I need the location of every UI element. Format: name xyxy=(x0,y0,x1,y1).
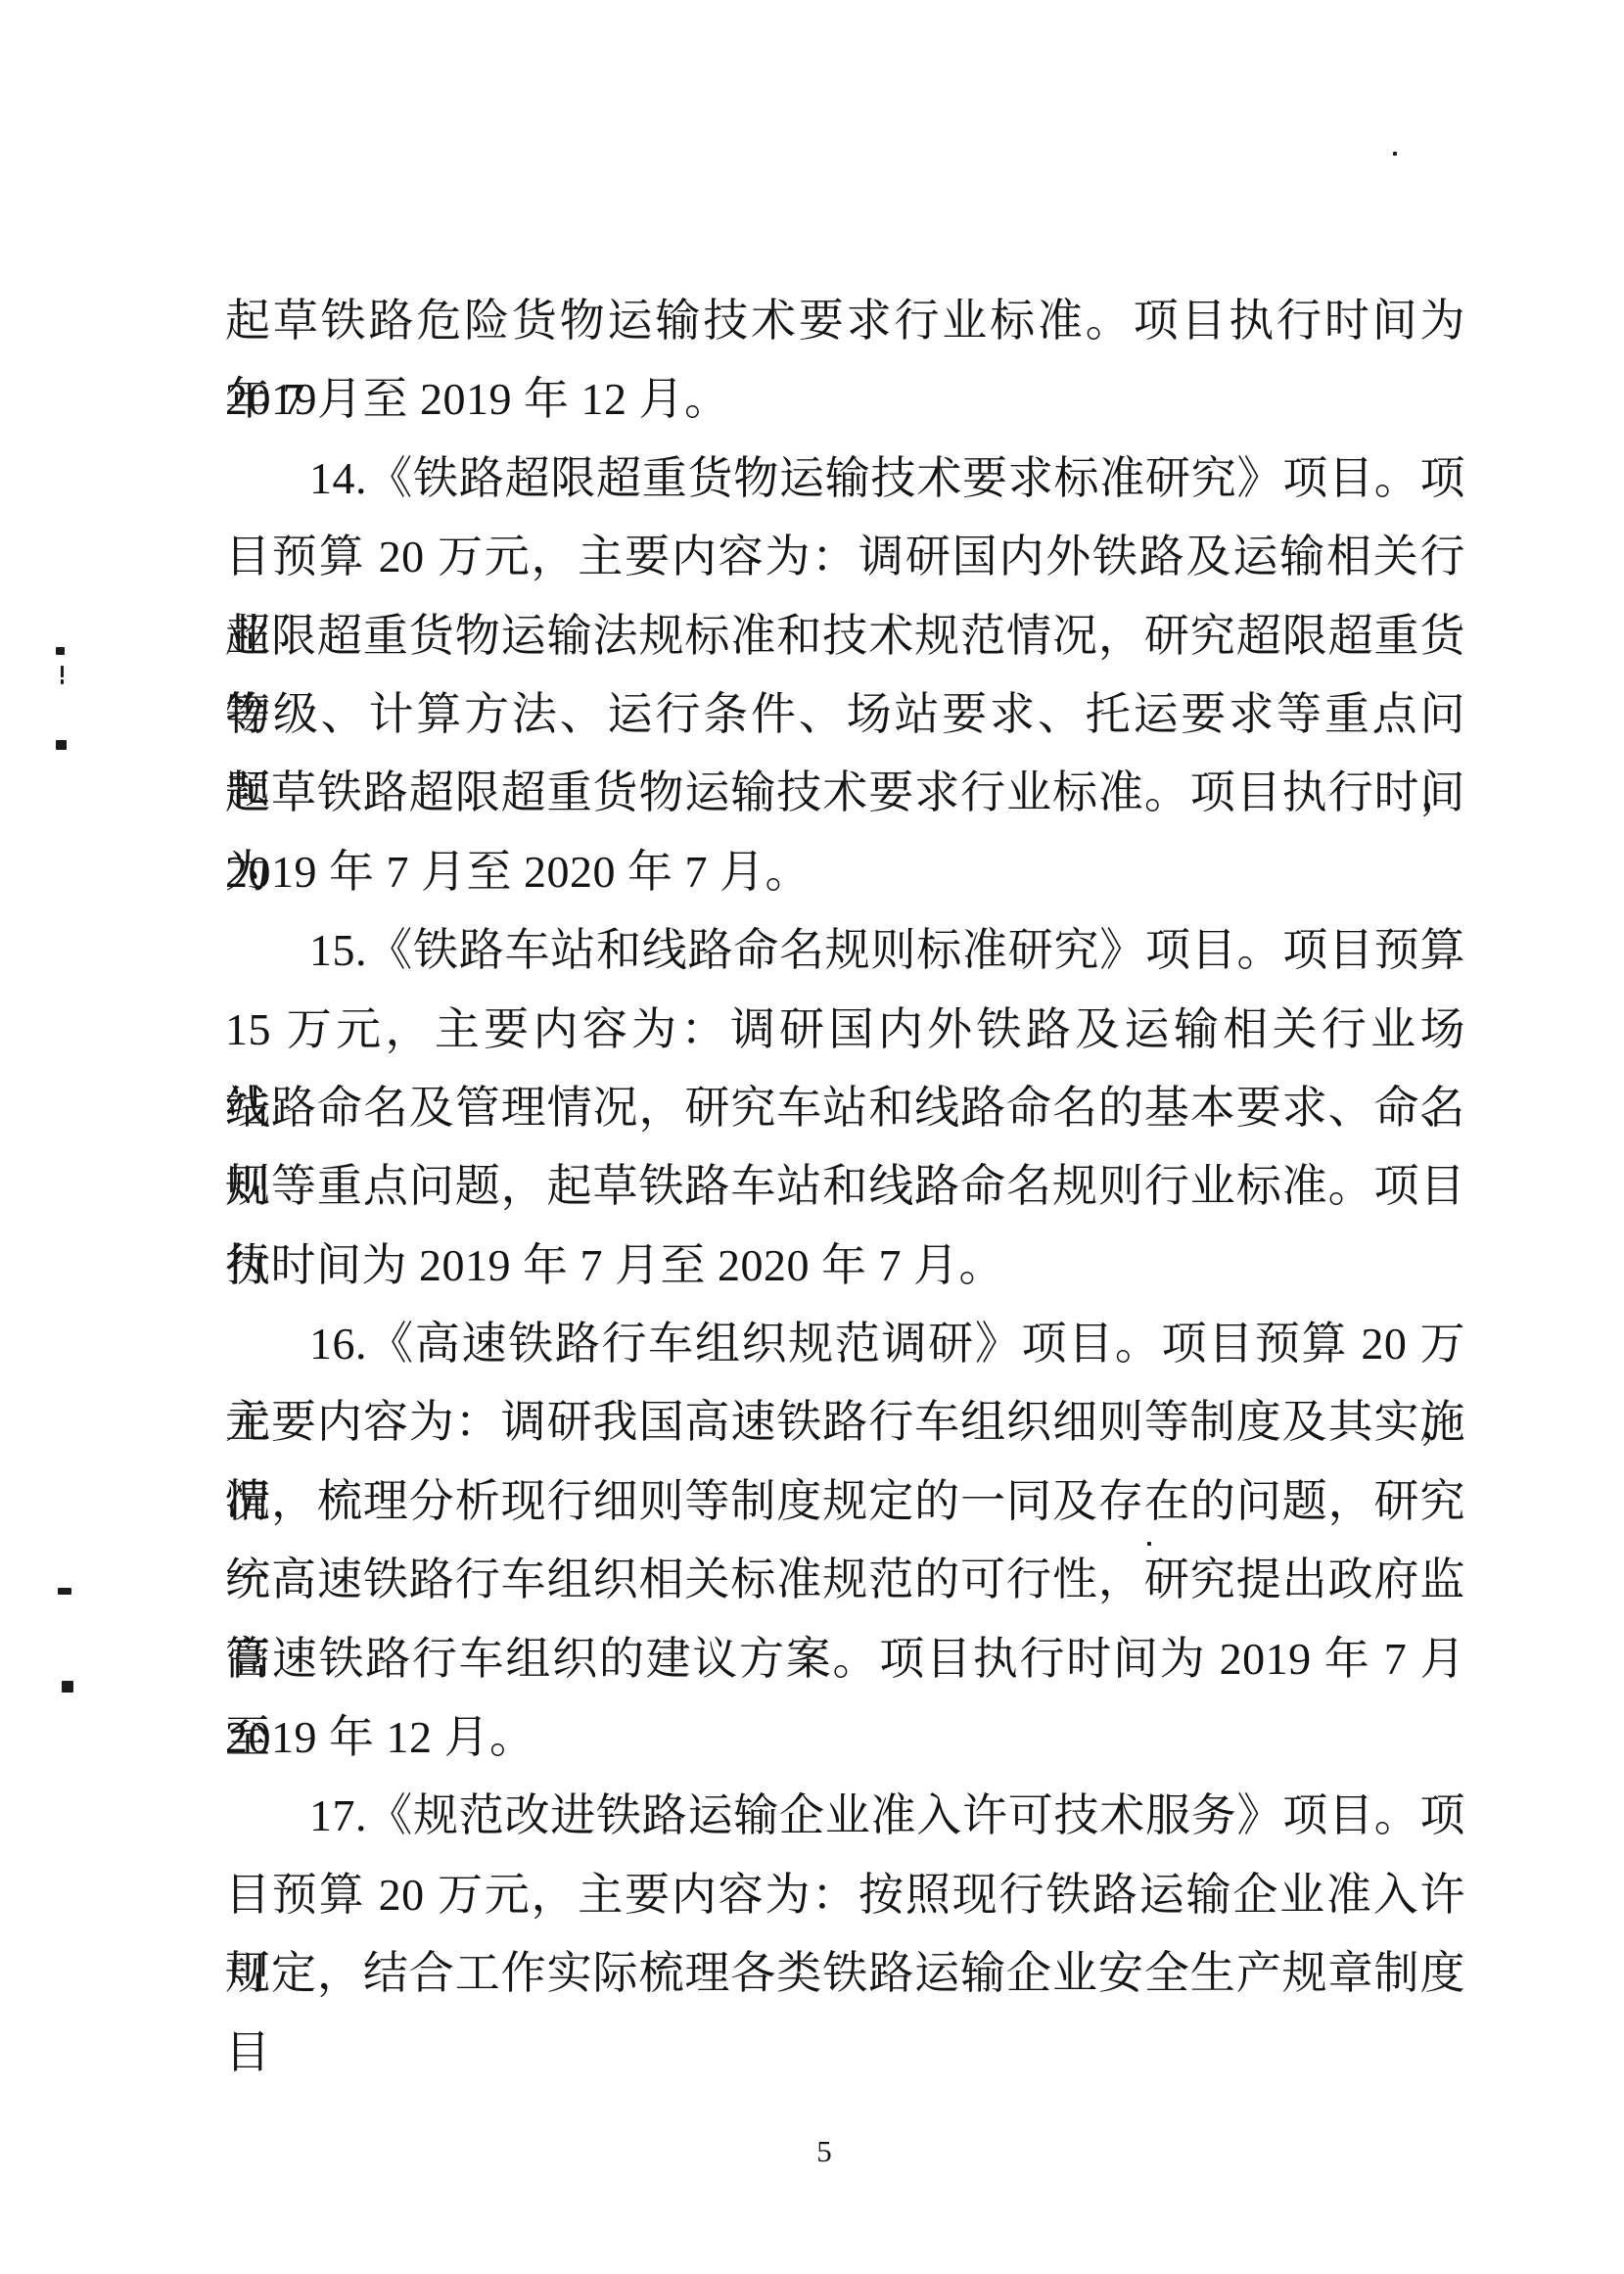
document-line: 2019 年 12 月。 xyxy=(225,1698,1465,1777)
document-line: 15 万元，主要内容为：调研国内外铁路及运输相关行业场站、 xyxy=(225,991,1465,1069)
document-line: 规定，结合工作实际梳理各类铁路运输企业安全生产规章制度目 xyxy=(225,1934,1465,2013)
document-line: 主要内容为：调研我国高速铁路行车组织细则等制度及其实施情 xyxy=(225,1383,1465,1462)
scan-speck xyxy=(61,666,64,677)
document-line: 起草铁路超限超重货物运输技术要求行业标准。项目执行时间为 xyxy=(225,754,1465,832)
document-line: 目预算 20 万元，主要内容为：按照现行铁路运输企业准入许可 xyxy=(225,1856,1465,1934)
page-number: 5 xyxy=(0,2132,1624,2171)
document-line: 则等重点问题，起草铁路车站和线路命名规则行业标准。项目执 xyxy=(225,1147,1465,1226)
scan-speck xyxy=(1147,1542,1151,1546)
scanned-document-page: 起草铁路危险货物运输技术要求行业标准。项目执行时间为2019年 7 月至 201… xyxy=(0,0,1624,2274)
document-line: 2019 年 7 月至 2020 年 7 月。 xyxy=(225,833,1465,911)
scan-speck xyxy=(58,1588,71,1595)
document-line: 行时间为 2019 年 7 月至 2020 年 7 月。 xyxy=(225,1227,1465,1305)
text-block: 起草铁路危险货物运输技术要求行业标准。项目执行时间为2019年 7 月至 201… xyxy=(225,282,1465,2014)
document-line: 超限超重货物运输法规标准和技术规范情况，研究超限超重货物 xyxy=(225,597,1465,675)
document-line: 一高速铁路行车组织相关标准规范的可行性，研究提出政府监管 xyxy=(225,1541,1465,1619)
scan-speck xyxy=(56,740,67,750)
scan-speck xyxy=(62,1681,73,1693)
document-line: 目预算 20 万元，主要内容为：调研国内外铁路及运输相关行业 xyxy=(225,518,1465,596)
scan-speck xyxy=(1393,152,1397,156)
document-line: 况，梳理分析现行细则等制度规定的一同及存在的问题，研究统 xyxy=(225,1462,1465,1541)
document-line: 14.《铁路超限超重货物运输技术要求标准研究》项目。项 xyxy=(225,440,1465,518)
document-line: 等级、计算方法、运行条件、场站要求、托运要求等重点问题， xyxy=(225,675,1465,754)
document-line: 17.《规范改进铁路运输企业准入许可技术服务》项目。项 xyxy=(225,1777,1465,1855)
document-line: 年 7 月至 2019 年 12 月。 xyxy=(225,360,1465,439)
document-line: 15.《铁路车站和线路命名规则标准研究》项目。项目预算 xyxy=(225,911,1465,990)
document-line: 16.《高速铁路行车组织规范调研》项目。项目预算 20 万元， xyxy=(225,1305,1465,1383)
scan-speck xyxy=(61,679,64,684)
scan-speck xyxy=(56,647,65,655)
document-line: 线路命名及管理情况，研究车站和线路命名的基本要求、命名规 xyxy=(225,1069,1465,1147)
document-line: 高速铁路行车组织的建议方案。项目执行时间为 2019 年 7 月至 xyxy=(225,1620,1465,1698)
document-line: 起草铁路危险货物运输技术要求行业标准。项目执行时间为2019 xyxy=(225,282,1465,360)
